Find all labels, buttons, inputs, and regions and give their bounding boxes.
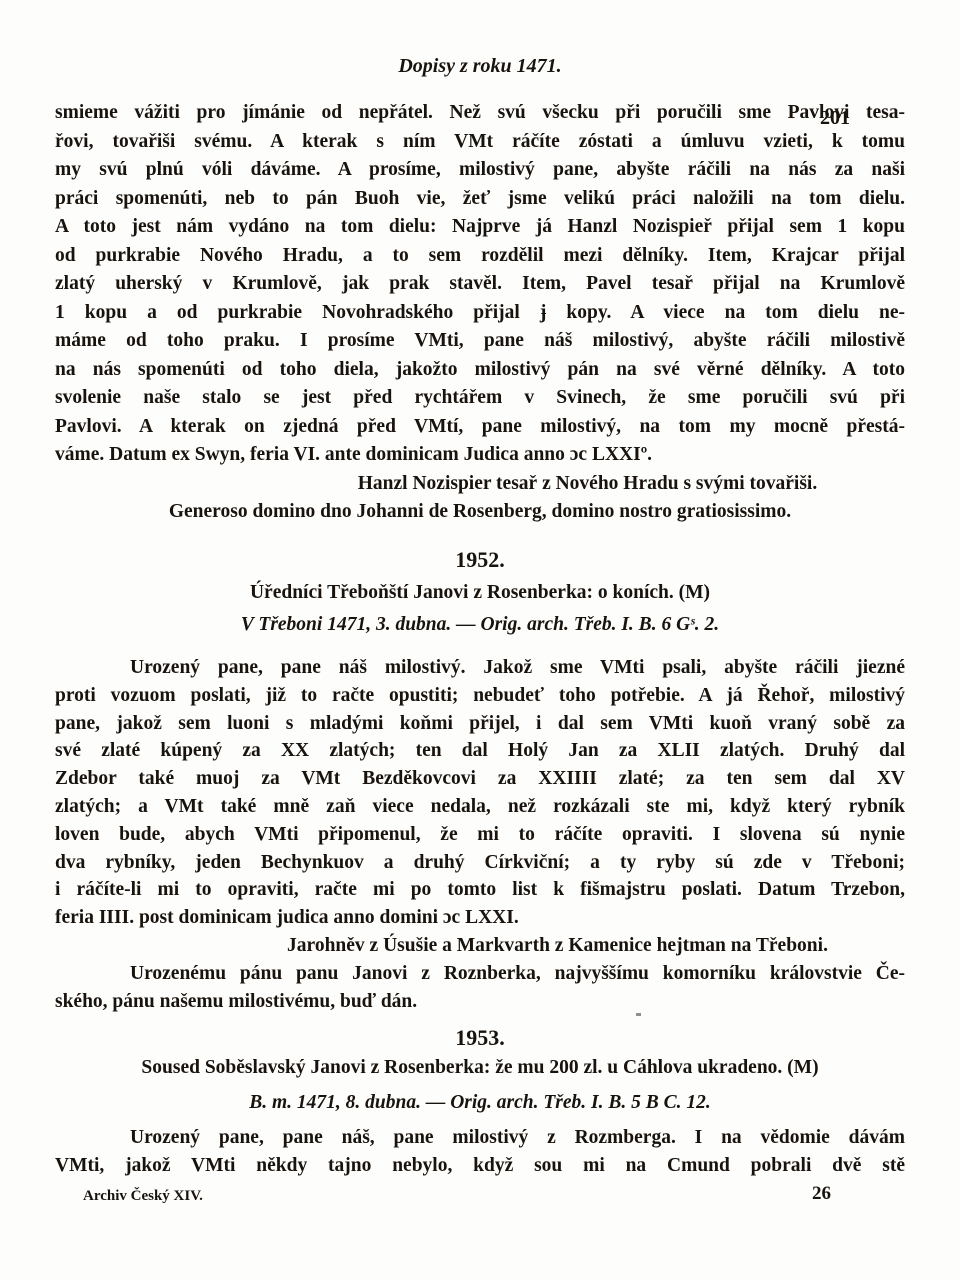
text-line: od purkrabie Nového Hradu, a to sem rozd… [55, 242, 905, 271]
letter-closing-line: feria IIII. post dominicam judica anno d… [55, 904, 905, 932]
signature-line: Jarohněv z Úsušie a Markvarth z Kamenice… [210, 932, 905, 960]
text-line: pane, jakož sem luoni s mladými koňmi př… [55, 710, 905, 738]
text-line: proti vozuom poslati, již to račte opust… [55, 682, 905, 710]
scan-speck [636, 1013, 641, 1016]
address-line: ského, pánu našemu milostivému, buď dán. [55, 988, 905, 1016]
text-line: zlatých; a VMt také mně zaň viece nedala… [55, 793, 905, 821]
letter-number-heading: 1953. [55, 1023, 905, 1053]
running-head-title: Dopisy z roku 1471. [398, 55, 561, 77]
text-line: svolenie naše stalo se jest před rychtář… [55, 384, 905, 413]
letter-prev-body: smieme vážiti pro jímánie od nepřátel. N… [55, 99, 905, 527]
text-line: dva rybníky, jeden Bechynkuov a druhý Cí… [55, 849, 905, 877]
text-line: práci spomenúti, neb to pán Buoh vie, že… [55, 185, 905, 214]
text-line: řovi, tovařiši svému. A kterak s ním VMt… [55, 128, 905, 157]
running-head: Dopisy z roku 1471. 201 [55, 52, 905, 80]
sheet-number: 26 [812, 1184, 831, 1204]
text-line: my svú plnú vóli dáváme. A prosíme, milo… [55, 156, 905, 185]
text-line: zlatý uherský v Krumlově, jak prak stavě… [55, 270, 905, 299]
letter-number-heading: 1952. [55, 545, 905, 575]
letter-summary: Úředníci Třeboňští Janovi z Rosenberka: … [55, 578, 905, 608]
letter-1953-body: Urozený pane, pane náš, pane milostivý z… [55, 1124, 905, 1180]
address-line: Generoso domino dno Johanni de Rosenberg… [55, 498, 905, 527]
text-line: Zdebor také muoj za VMt Bezděkovcovi za … [55, 765, 905, 793]
text-line: na nás spomenúti od toho diela, jakožto … [55, 356, 905, 385]
letter-closing-line: váme. Datum ex Swyn, feria VI. ante domi… [55, 441, 905, 470]
letter-source-citation: B. m. 1471, 8. dubna. — Orig. arch. Třeb… [55, 1088, 905, 1118]
text-line: své zlaté kúpený za XX zlatých; ten dal … [55, 737, 905, 765]
letter-source-citation: V Třeboni 1471, 3. dubna. — Orig. arch. … [55, 610, 905, 640]
text-line: A toto jest nám vydáno na tom dielu: Naj… [55, 213, 905, 242]
text-line: loven bude, abych VMti připomenul, že mi… [55, 821, 905, 849]
letter-summary: Soused Soběslavský Janovi z Rosenberka: … [55, 1053, 905, 1083]
signature-line: Hanzl Nozispier tesař z Nového Hradu s s… [270, 470, 905, 499]
text-line: i ráčíte-li mi to opraviti, račte mi po … [55, 876, 905, 904]
text-line: Urozený pane, pane náš, pane milostivý z… [55, 1124, 905, 1152]
address-line: Urozenému pánu panu Janovi z Roznberka, … [55, 960, 905, 988]
footer-imprint: Archiv Český XIV. [83, 1186, 203, 1206]
text-line: 1 kopu a od purkrabie Novohradského přij… [55, 299, 905, 328]
book-page: Dopisy z roku 1471. 201 smieme vážiti pr… [0, 0, 960, 1280]
text-line: máme od toho praku. I prosíme VMti, pane… [55, 327, 905, 356]
letter-1952-body: Urozený pane, pane náš milostivý. Jakož … [55, 654, 905, 1015]
text-line: Pavlovi. A kterak on zjedná před VMtí, p… [55, 413, 905, 442]
text-line: Urozený pane, pane náš milostivý. Jakož … [55, 654, 905, 682]
text-line: smieme vážiti pro jímánie od nepřátel. N… [55, 99, 905, 128]
text-line: VMti, jakož VMti někdy tajno nebylo, kdy… [55, 1152, 905, 1180]
